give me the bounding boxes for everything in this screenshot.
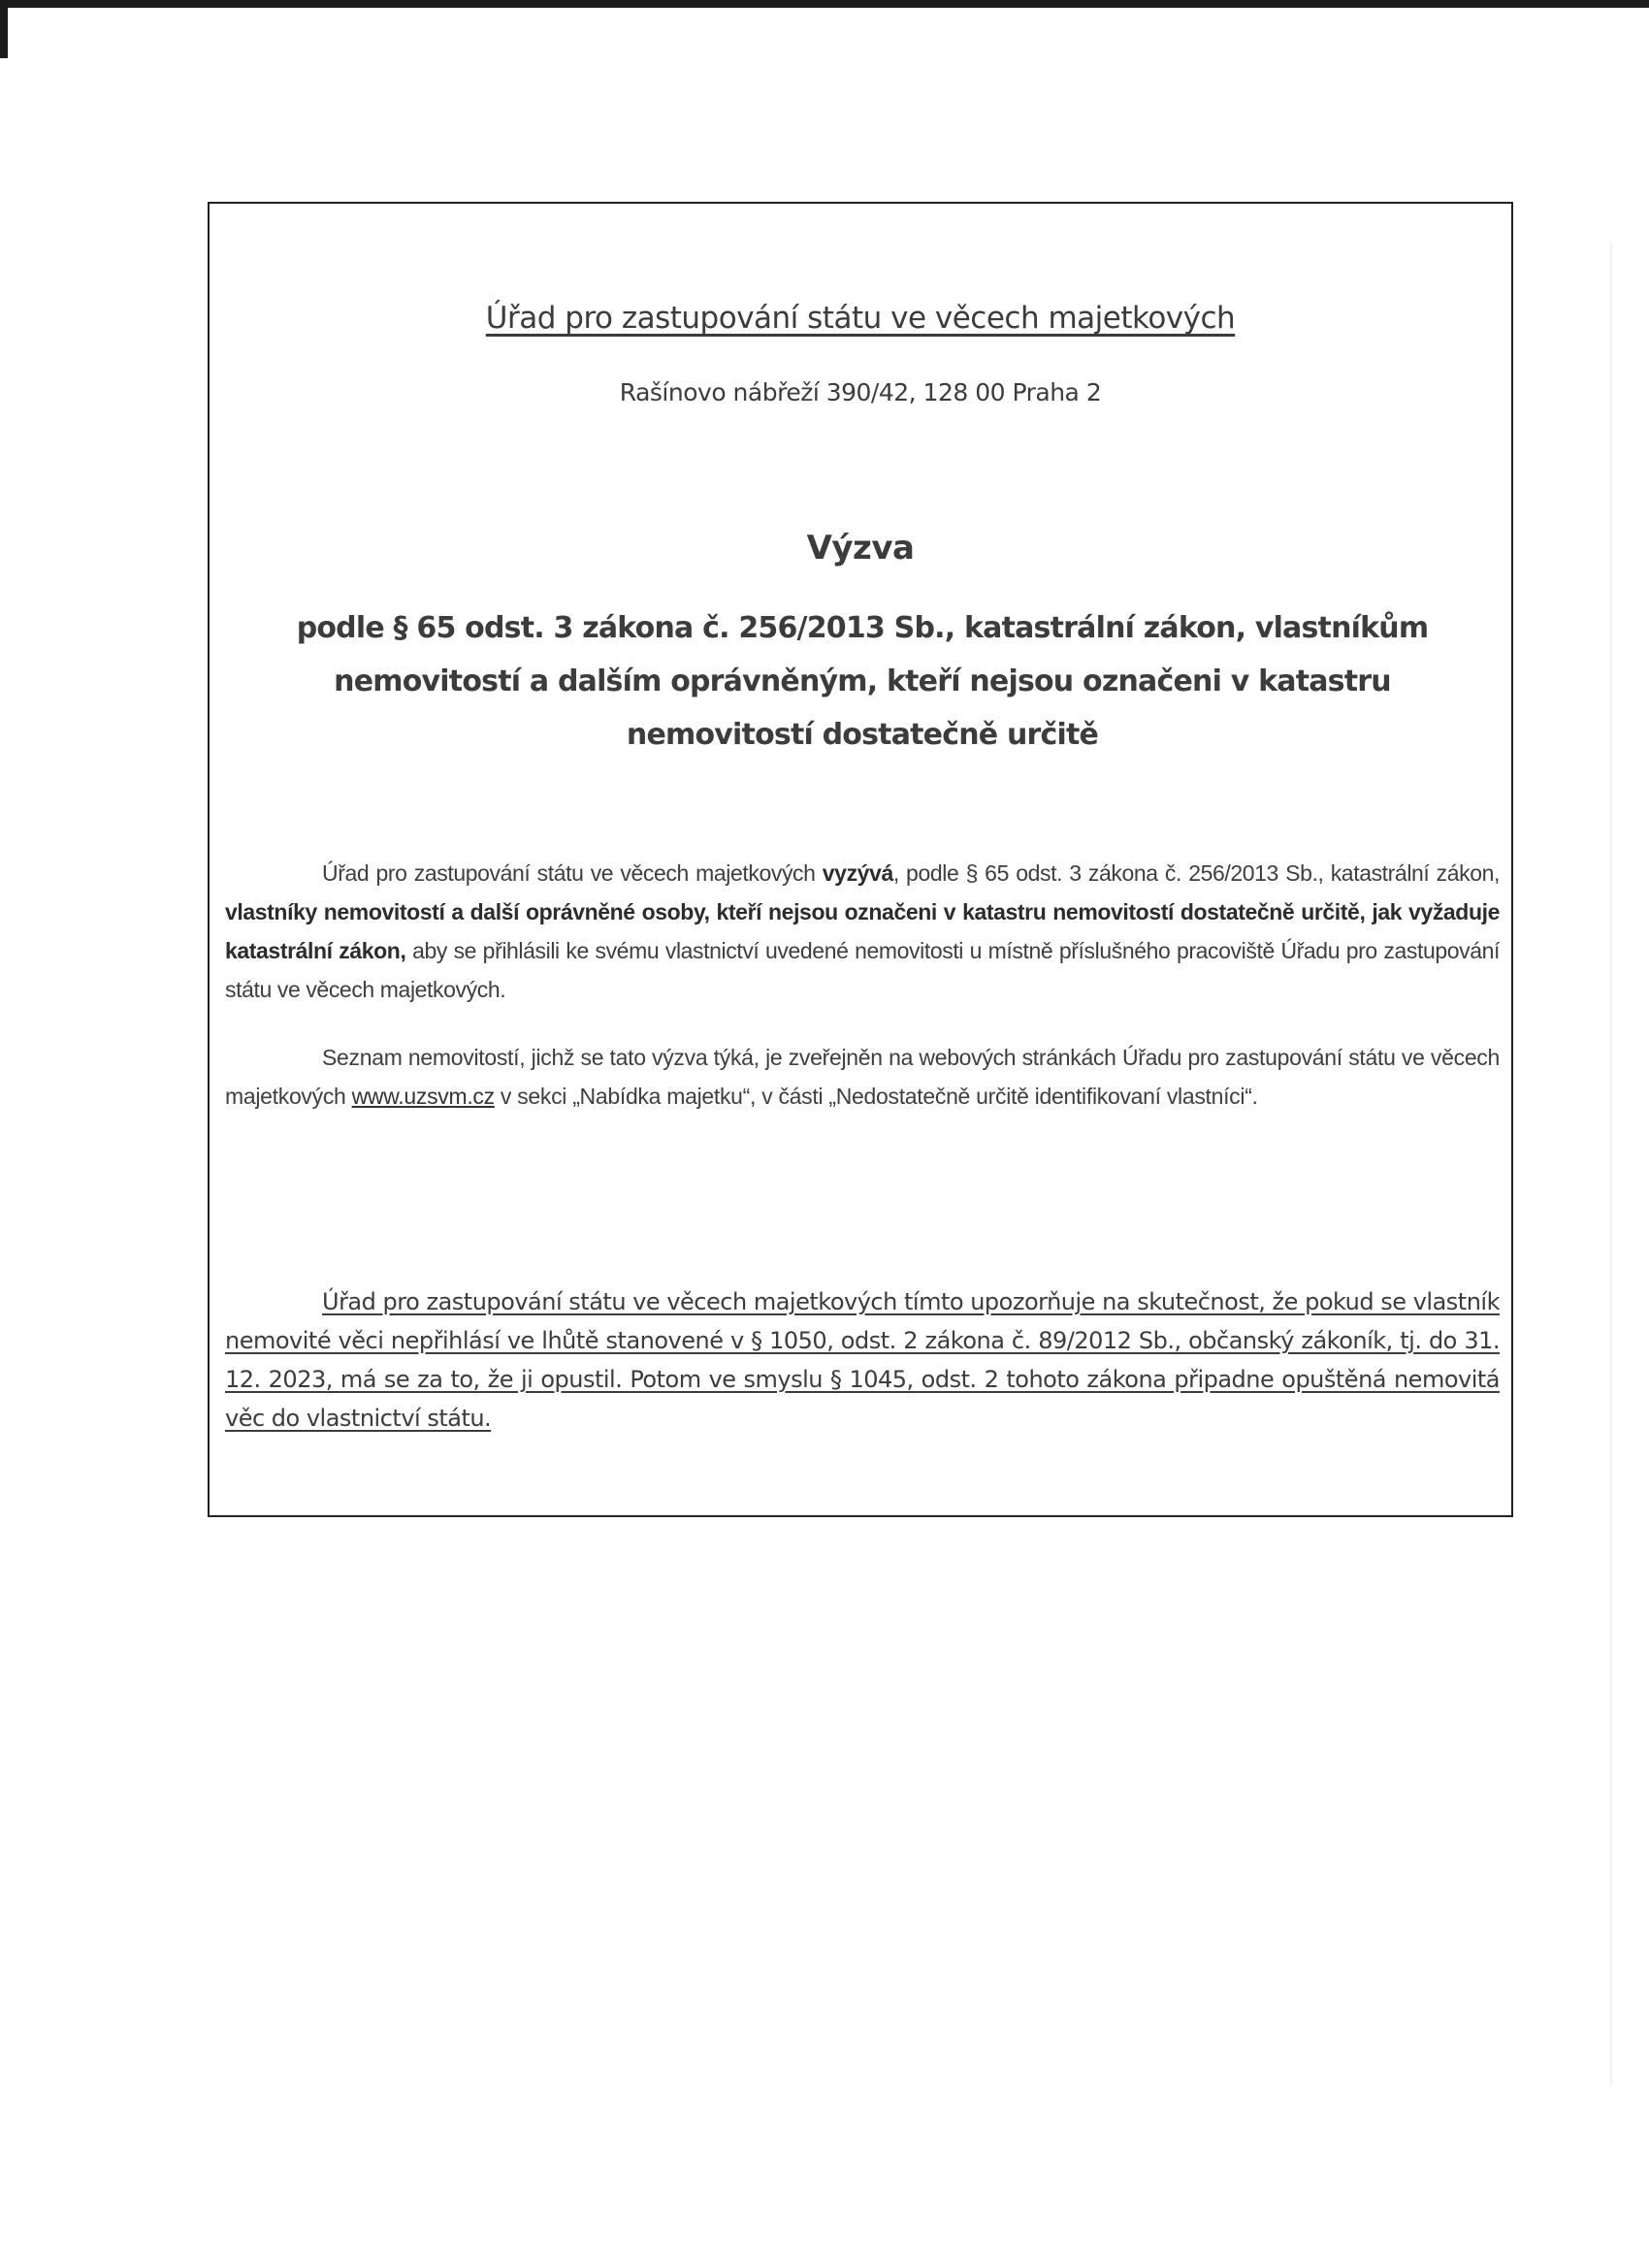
paragraph-call-bold-1: vyzývá — [823, 860, 893, 886]
office-name: Úřad pro zastupování státu ve věcech maj… — [210, 301, 1511, 336]
paragraph-call-text-3: aby se přihlásili ke svému vlastnictví u… — [225, 938, 1500, 1002]
paragraph-call-text-2: , podle § 65 odst. 3 zákona č. 256/2013 … — [893, 860, 1500, 886]
notice-frame: Úřad pro zastupování státu ve věcech maj… — [208, 202, 1513, 1517]
paragraph-list-info: Seznam nemovitostí, jichž se tato výzva … — [225, 1038, 1500, 1116]
paragraph-list-text-2: v sekci „Nabídka majetku“, v části „Nedo… — [495, 1084, 1258, 1109]
paragraph-warning-text: Úřad pro zastupování státu ve věcech maj… — [225, 1288, 1500, 1432]
paragraph-call-text-1: Úřad pro zastupování státu ve věcech maj… — [322, 860, 823, 886]
paragraph-call: Úřad pro zastupování státu ve věcech maj… — [225, 854, 1500, 1009]
office-address: Rašínovo nábřeží 390/42, 128 00 Praha 2 — [210, 378, 1511, 406]
notice-subtitle: podle § 65 odst. 3 zákona č. 256/2013 Sb… — [239, 601, 1486, 761]
scan-right-margin-artifact — [1610, 243, 1612, 2086]
notice-title: Výzva — [210, 529, 1511, 567]
scan-top-edge — [0, 0, 1649, 8]
website-link[interactable]: www.uzsvm.cz — [352, 1084, 495, 1109]
scan-left-edge — [0, 0, 8, 58]
paragraph-warning: Úřad pro zastupování státu ve věcech maj… — [225, 1282, 1500, 1438]
